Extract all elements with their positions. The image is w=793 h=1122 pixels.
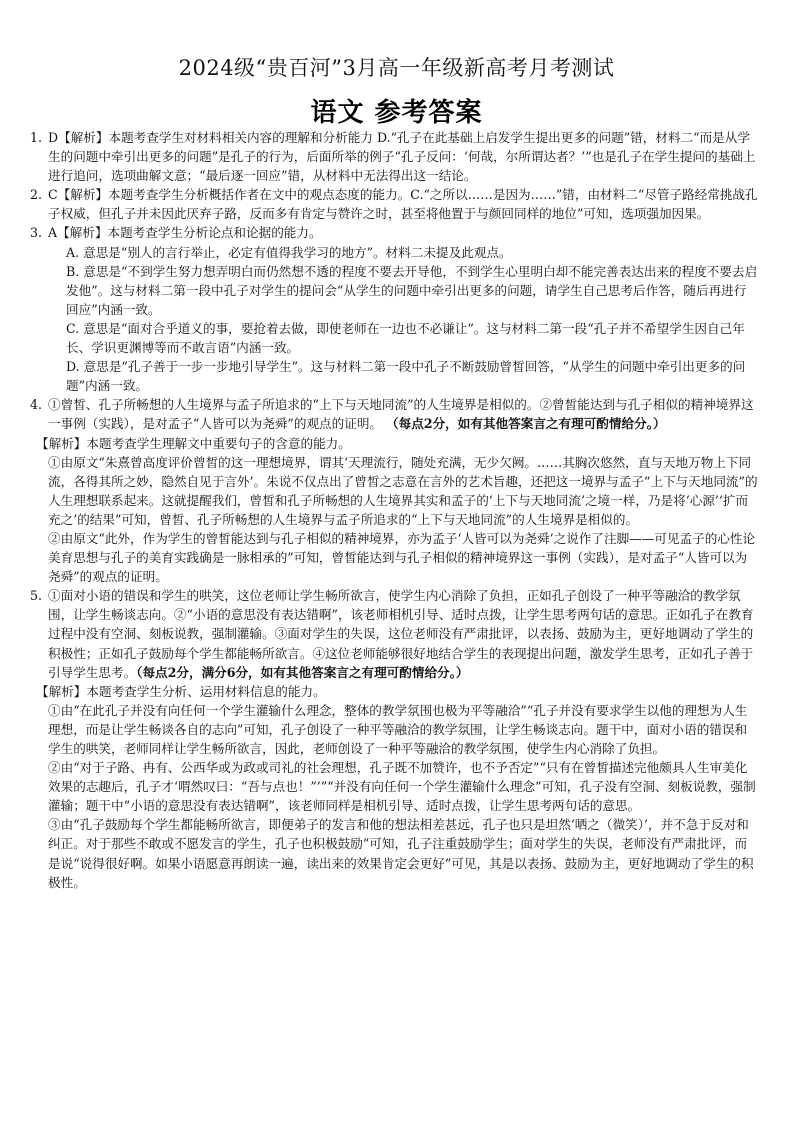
question-number: 4. xyxy=(30,395,42,414)
analysis-text: 【解析】本题考查学生分析论点和论据的能力。 xyxy=(57,225,321,240)
option-c-explanation: C. 意思是“面对合乎道义的事，要抢着去做，即使老师在一边也不必谦让”。这与材料… xyxy=(48,319,758,357)
question-2: 2. C【解析】本题考查学生分析概括作者在文中的观点态度的能力。C.“之所以……… xyxy=(30,185,758,223)
question-number: 3. xyxy=(30,223,42,242)
question-5: 5. ①面对小语的错误和学生的哄笑，这位老师让学生畅所欲言，使学生内心消除了负担… xyxy=(30,586,758,681)
answer-letter: A xyxy=(48,225,57,240)
question-number: 5. xyxy=(30,586,42,605)
exam-title: 2024级“贵百河”3月高一年级新高考月考测试 xyxy=(0,52,793,82)
question-1: 1. D【解析】本题考查学生对材料相关内容的理解和分析能力 D.“孔子在此基础上… xyxy=(30,128,758,185)
analysis-point-1: ①由原文“朱熹曾高度评价曾皙的这一理想境界，谓其‘天理流行，随处充满，无少欠阙。… xyxy=(30,453,758,529)
analysis-point-2: ②由原文“此外，作为学生的曾皙能达到与孔子相似的精神境界，亦为孟子‘人皆可以为尧… xyxy=(30,529,758,586)
scoring-note: （每点2分，满分6分，如有其他答案言之有理可酌情给分。） xyxy=(136,665,468,680)
option-a-explanation: A. 意思是“别人的言行举止，必定有值得我学习的地方”。材料二未提及此观点。 xyxy=(48,243,758,262)
option-d-explanation: D. 意思是“孔子善于一步一步地引导学生”。这与材料二第一段中孔子不断鼓励曾皙回… xyxy=(48,357,758,395)
analysis-text: 【解析】本题考查学生分析概括作者在文中的观点态度的能力。C.“之所以……是因为…… xyxy=(48,187,758,221)
question-number: 2. xyxy=(30,185,42,204)
answer-key-page: 2024级“贵百河”3月高一年级新高考月考测试 语文 参考答案 1. D【解析】… xyxy=(0,0,793,1122)
question-3: 3. A【解析】本题考查学生分析论点和论据的能力。 A. 意思是“别人的言行举止… xyxy=(30,223,758,395)
answer-content: 1. D【解析】本题考查学生对材料相关内容的理解和分析能力 D.“孔子在此基础上… xyxy=(30,128,758,892)
question-4: 4. ①曾皙、孔子所畅想的人生境界与孟子所追求的“上下与天地同流”的人生境界是相… xyxy=(30,395,758,433)
answer-letter: D xyxy=(48,130,58,145)
document-title: 语文 参考答案 xyxy=(0,92,793,129)
analysis-intro: 【解析】本题考查学生理解文中重要句子的含意的能力。 xyxy=(30,434,758,453)
scoring-note: （每点2分，如有其他答案言之有理可酌情给分。） xyxy=(386,416,666,431)
option-b-explanation: B. 意思是“不到学生努力想弄明白而仍然想不透的程度不要去开导他，不到学生心里明… xyxy=(48,262,758,319)
answer-letter: C xyxy=(48,187,58,202)
analysis-point-2: ②由“对于子路、冉有、公西华或为政或司礼的社会理想，孔子既不加赞许，也不予否定”… xyxy=(30,758,758,815)
analysis-text: 【解析】本题考查学生对材料相关内容的理解和分析能力 D.“孔子在此基础上启发学生… xyxy=(48,130,755,183)
analysis-intro: 【解析】本题考查学生分析、运用材料信息的能力。 xyxy=(30,682,758,701)
analysis-point-3: ③由“孔子鼓励每个学生都能畅所欲言，即便弟子的发言和他的想法相差甚远，孔子也只是… xyxy=(30,815,758,891)
question-number: 1. xyxy=(30,128,42,147)
analysis-point-1: ①由“在此孔子并没有向任何一个学生灌输什么理念，整体的教学氛围也极为平等融洽”“… xyxy=(30,701,758,758)
